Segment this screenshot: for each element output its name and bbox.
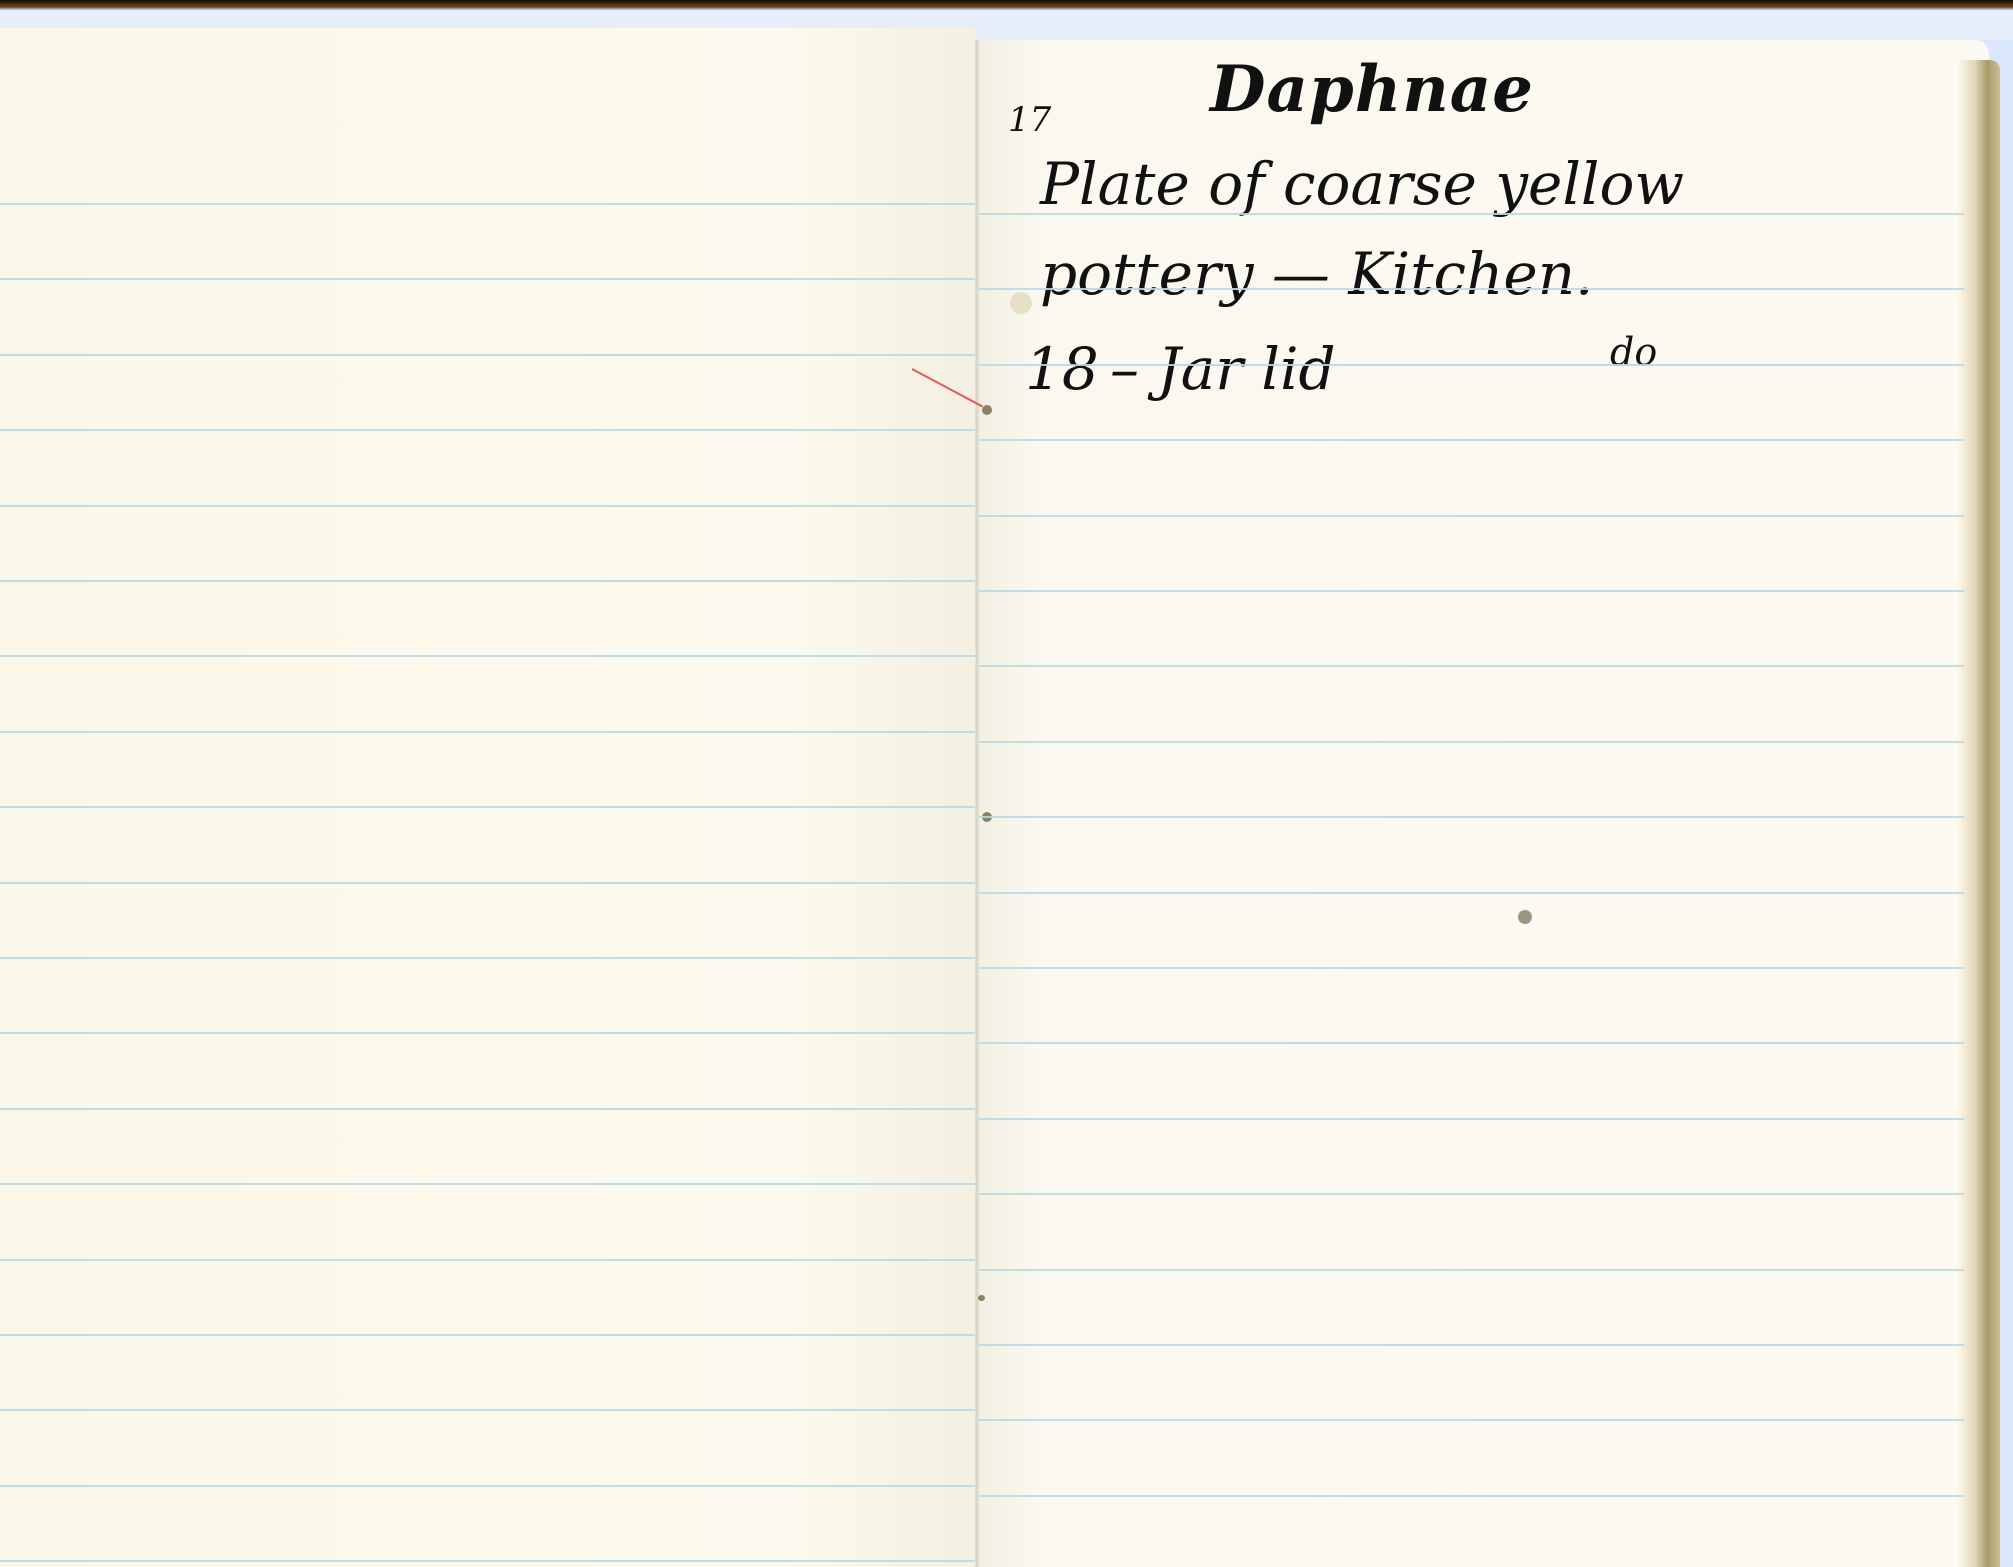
rule-line: [979, 1269, 1964, 1271]
rule-line: [979, 1118, 1964, 1120]
rule-line: [979, 665, 1964, 667]
rule-line: [0, 655, 975, 657]
rule-line: [0, 1560, 975, 1562]
entry-text-line: pottery — Kitchen.: [1040, 240, 1594, 308]
rule-line: [979, 213, 1964, 215]
rule-line: [0, 1485, 975, 1487]
rule-line: [0, 806, 975, 808]
staple-hole-bottom: [978, 1295, 985, 1301]
staple-hole-top: [982, 405, 992, 415]
rule-line: [979, 967, 1964, 969]
page-heading: Daphnae: [1210, 52, 1534, 127]
rule-line: [0, 882, 975, 884]
rule-line: [0, 1259, 975, 1261]
rule-line: [0, 1183, 975, 1185]
rule-line: [979, 1042, 1964, 1044]
rule-line: [0, 580, 975, 582]
rule-line: [0, 203, 975, 205]
book-spine: [975, 40, 979, 1567]
book-top-shadow: [0, 0, 2013, 10]
rule-line: [979, 1344, 1964, 1346]
ink-spot: [1518, 910, 1532, 924]
rule-line: [0, 354, 975, 356]
rule-line: [979, 816, 1964, 818]
rule-line: [979, 741, 1964, 743]
rule-line: [979, 515, 1964, 517]
rule-line: [979, 288, 1964, 290]
rule-line: [0, 1409, 975, 1411]
rule-line: [979, 1419, 1964, 1421]
rule-line: [0, 1334, 975, 1336]
rule-line: [979, 1495, 1964, 1497]
rule-line: [0, 505, 975, 507]
rule-line: [979, 1193, 1964, 1195]
rule-line: [0, 1108, 975, 1110]
rule-line: [979, 364, 1964, 366]
ditto-mark: do: [1610, 330, 1657, 374]
rule-line: [0, 1032, 975, 1034]
rule-line: [0, 957, 975, 959]
rule-line: [0, 731, 975, 733]
rule-line: [979, 892, 1964, 894]
rule-line: [0, 278, 975, 280]
left-page: [0, 28, 977, 1567]
stain-spot: [1010, 292, 1032, 314]
entry-number: 17: [1008, 100, 1051, 140]
rule-line: [979, 439, 1964, 441]
entry-number: 18: [1025, 335, 1099, 403]
entry-text-line: – Jar lid: [1110, 335, 1336, 403]
entry-text-line: Plate of coarse yellow: [1040, 150, 1684, 218]
rule-line: [979, 590, 1964, 592]
rule-line: [0, 429, 975, 431]
page-stack-edge: [1958, 60, 2000, 1567]
